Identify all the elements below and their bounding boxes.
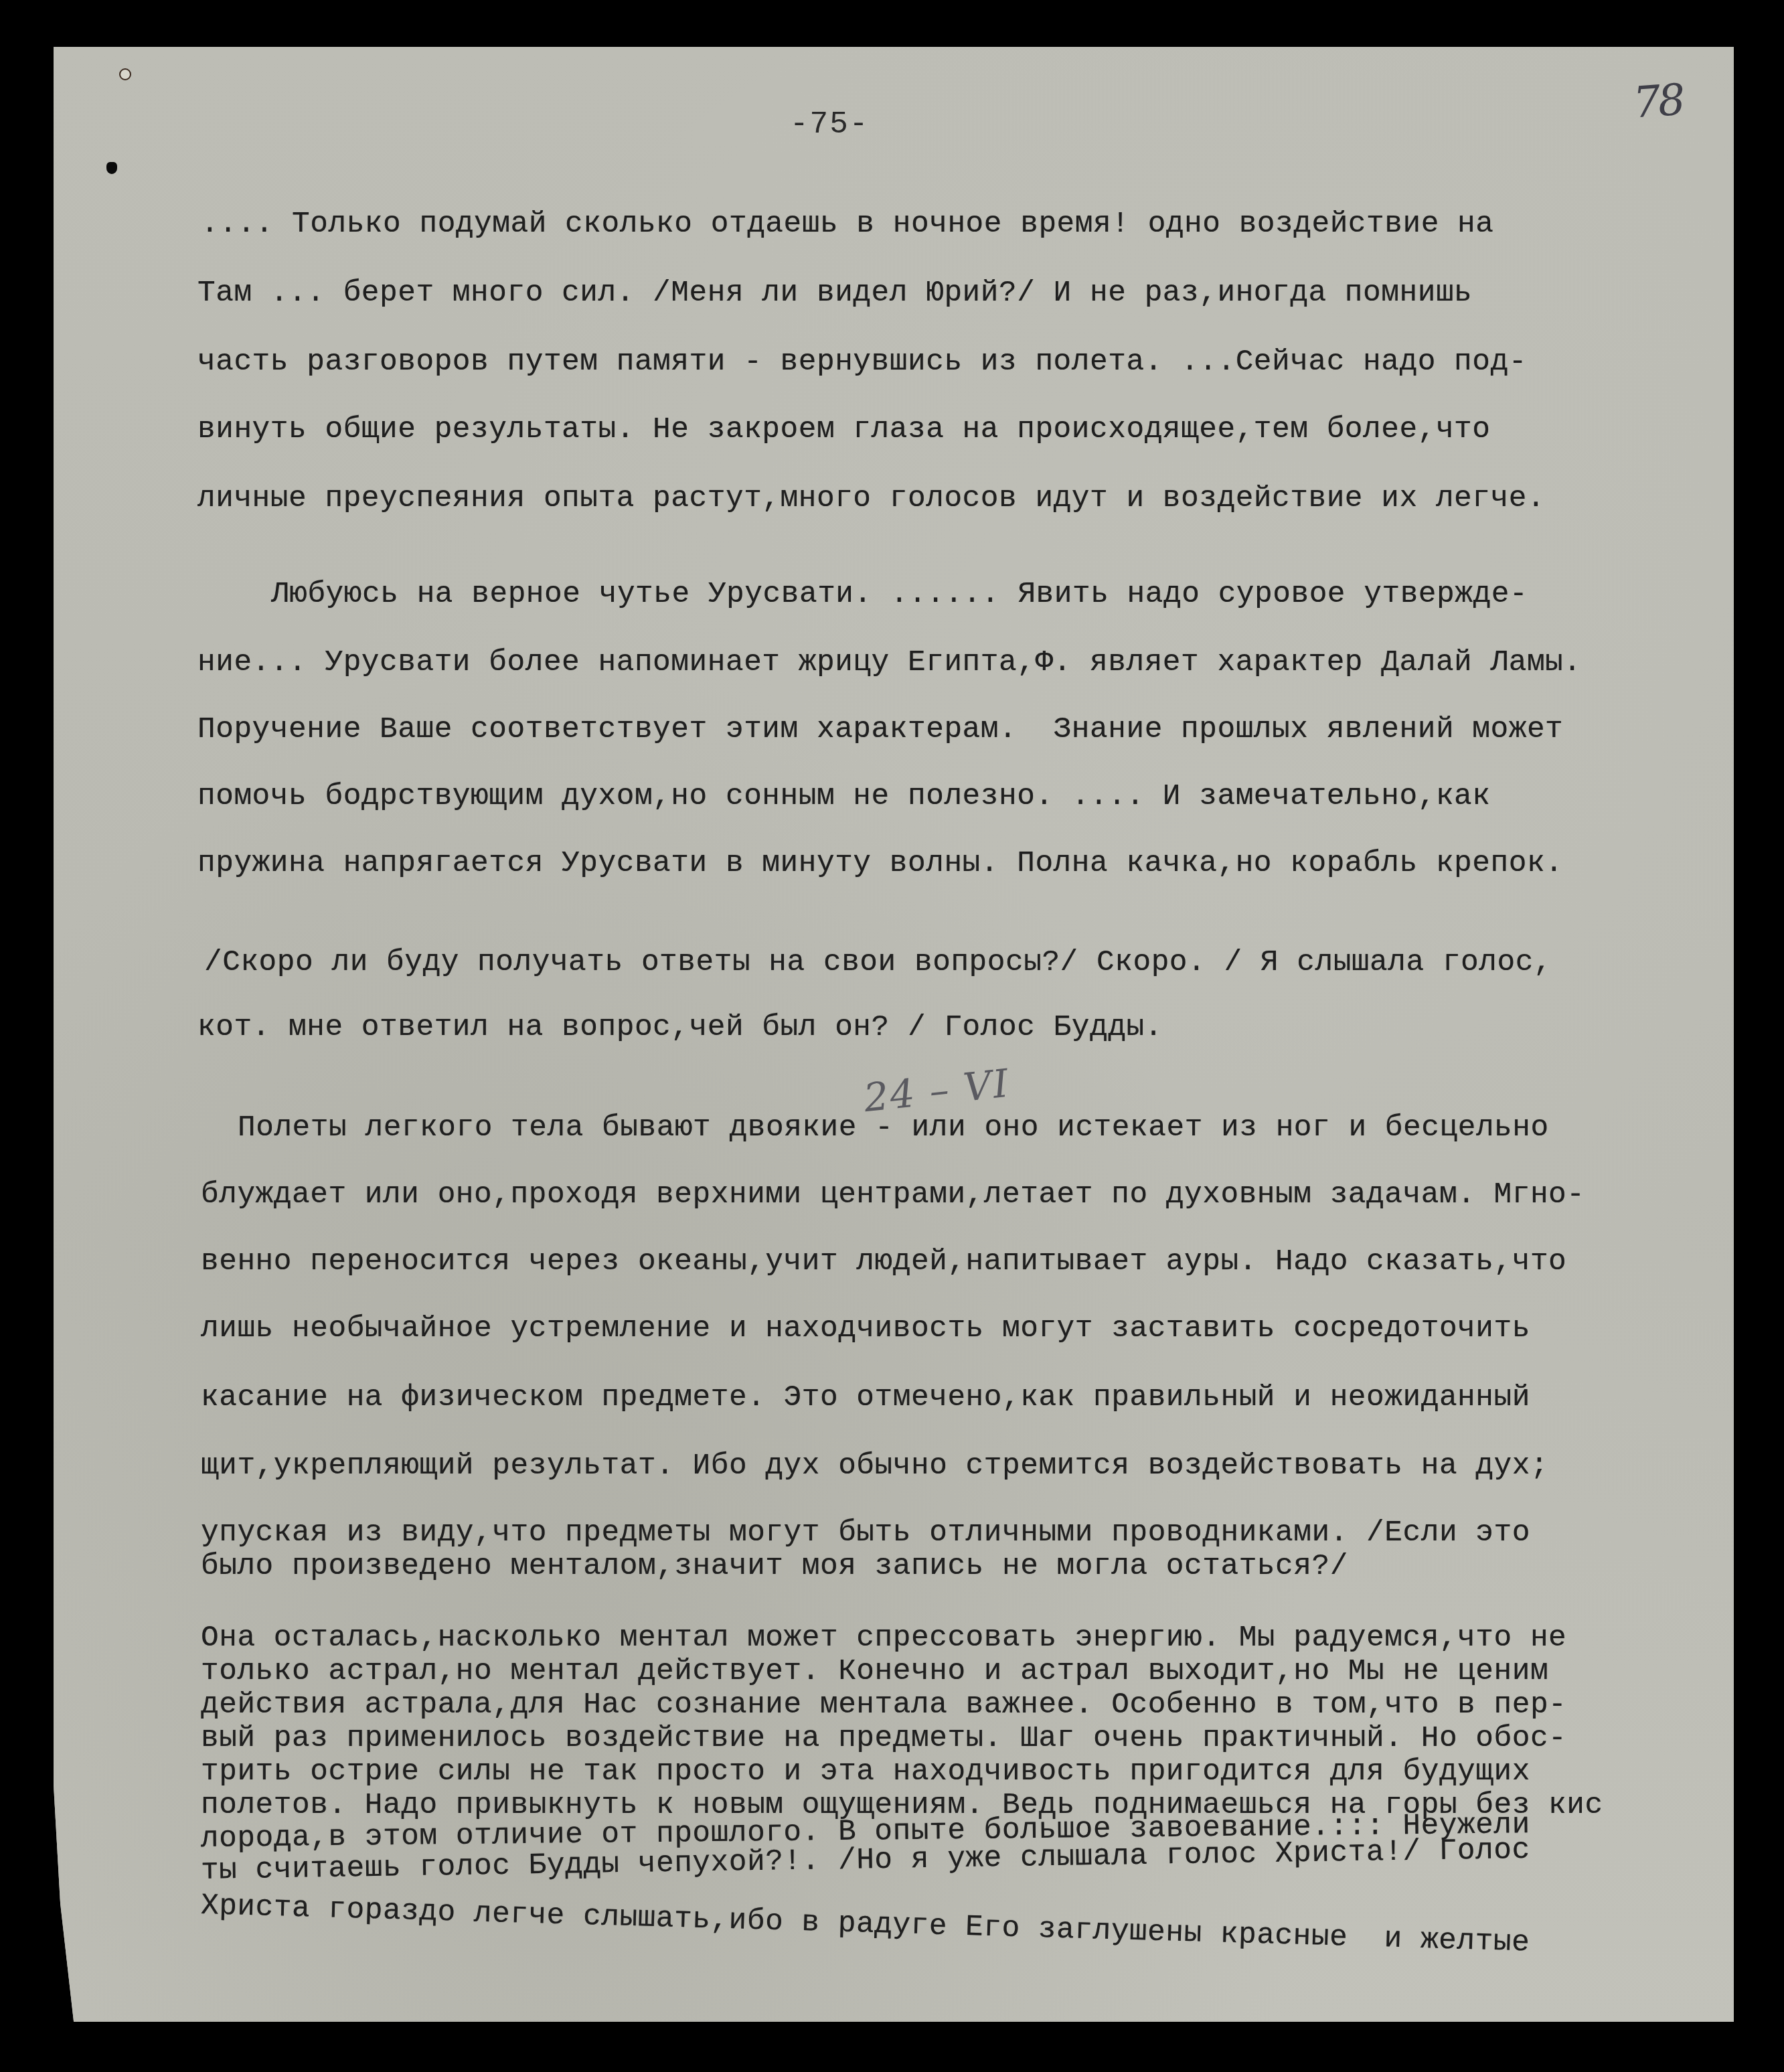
text-line: Полеты легкого тела бывают двоякие - или… bbox=[238, 1111, 1549, 1145]
text-line: щит,укрепляющий результат. Ибо дух обычн… bbox=[201, 1449, 1548, 1483]
text-line: винуть общие результаты. Не закроем глаз… bbox=[197, 413, 1491, 447]
text-line: Там ... берет много сил. /Меня ли видел … bbox=[197, 276, 1472, 310]
typewritten-body: .... Только подумай сколько отдаешь в но… bbox=[54, 47, 1734, 1218]
text-line: часть разговоров путем памяти - вернувши… bbox=[197, 345, 1527, 379]
text-line: .... Только подумай сколько отдаешь в но… bbox=[201, 208, 1494, 241]
text-line: пружина напрягается Урусвати в минуту во… bbox=[197, 847, 1563, 880]
text-line: упуская из виду,что предметы могут быть … bbox=[201, 1516, 1530, 1550]
text-line: действия астрала,для Нас сознание ментал… bbox=[201, 1688, 1566, 1722]
text-line: блуждает или оно,проходя верхними центра… bbox=[201, 1178, 1585, 1212]
text-line: трить острие силы не так просто и эта на… bbox=[201, 1755, 1530, 1789]
text-line: Поручение Ваше соответствует этим характ… bbox=[197, 713, 1563, 746]
document-page: 78 -75- 24 – VI .... Только подумай скол… bbox=[54, 47, 1734, 2022]
text-line: помочь бодрствующим духом,но сонным не п… bbox=[197, 780, 1491, 813]
text-line: Она осталась,насколько ментал может спре… bbox=[201, 1621, 1566, 1655]
text-line: ние... Урусвати более напоминает жрицу Е… bbox=[197, 646, 1582, 680]
text-line: личные преуспеяния опыта растут,много го… bbox=[197, 482, 1545, 515]
text-line: только астрал,но ментал действует. Конеч… bbox=[201, 1655, 1548, 1688]
text-line: вый раз применилось воздействие на предм… bbox=[201, 1722, 1566, 1755]
text-line: было произведено менталом,значит моя зап… bbox=[201, 1550, 1348, 1583]
text-line: касание на физическом предмете. Это отме… bbox=[201, 1381, 1530, 1415]
text-line: /Скоро ли буду получать ответы на свои в… bbox=[204, 946, 1552, 979]
text-line: кот. мне ответил на вопрос,чей был он? /… bbox=[197, 1011, 1163, 1044]
text-line: венно переносится через океаны,учит люде… bbox=[201, 1245, 1566, 1279]
text-line: лишь необычайное устремление и находчиво… bbox=[201, 1312, 1530, 1346]
text-line: Любуюсь на верное чутье Урусвати. ......… bbox=[271, 578, 1528, 611]
text-line: Христа гораздо легче слышать,ибо в радуг… bbox=[200, 1889, 1530, 1960]
